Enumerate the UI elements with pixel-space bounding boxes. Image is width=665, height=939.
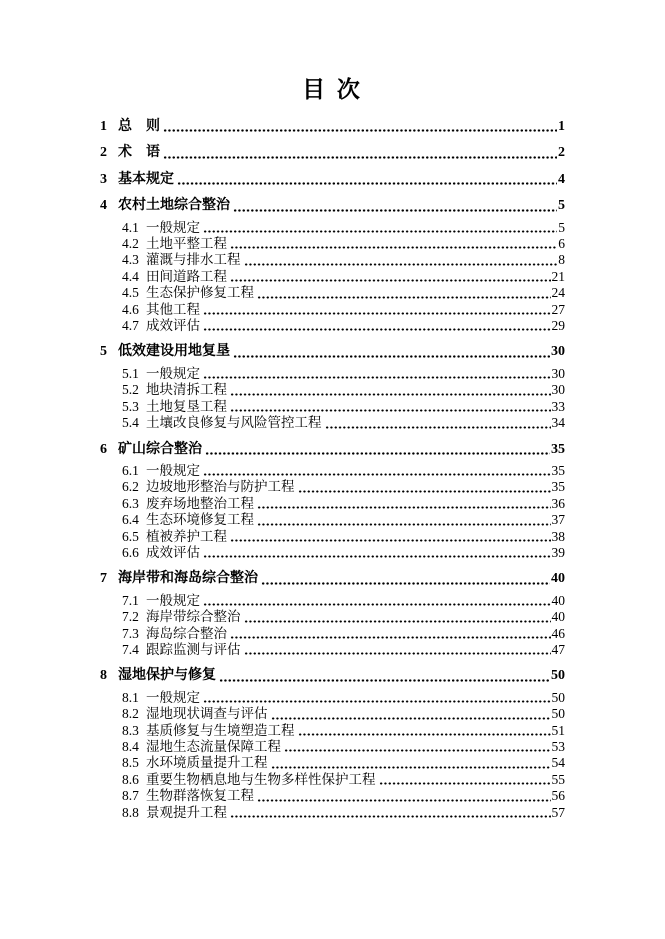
entry-label: 其他工程 [146,302,200,318]
dot-leader [233,355,550,358]
dot-leader [203,473,551,476]
entry-page-number: 36 [552,496,566,512]
entry-label: 成效评估 [146,545,200,561]
entry-page-number: 24 [552,285,566,301]
entry-number: 6.6 [122,545,146,561]
entry-page-number: 5 [558,220,565,236]
entry-label: 成效评估 [146,318,200,334]
entry-page-number: 37 [552,512,566,528]
entry-page-number: 40 [552,593,566,609]
toc-entry: 4.2土地平整工程6 [100,236,565,252]
toc-entry: 8.2湿地现状调查与评估50 [100,706,565,722]
entry-label: 灌溉与排水工程 [146,252,241,268]
toc-entry: 7.1一般规定40 [100,593,565,609]
entry-label: 土壤改良修复与风险管控工程 [146,415,322,431]
dot-leader [163,156,557,159]
dot-leader [205,452,550,455]
entry-label: 术 语 [118,145,160,161]
entry-number: 7.3 [122,626,146,642]
dot-leader [257,523,551,526]
entry-page-number: 38 [552,529,566,545]
toc-entry: 5.4土壤改良修复与风险管控工程34 [100,415,565,431]
entry-number: 7.1 [122,593,146,609]
entry-label: 生态环境修复工程 [146,512,254,528]
entry-page-number: 51 [552,723,566,739]
entry-number: 5.1 [122,366,146,382]
entry-page-number: 50 [552,706,566,722]
document-page: 目 次 1总 则12术 语23基本规定44农村土地综合整治54.1一般规定54.… [0,0,665,939]
entry-label: 海岸带综合整治 [146,609,241,625]
entry-page-number: 1 [558,119,565,135]
dot-leader [325,426,551,429]
entry-label: 田间道路工程 [146,269,227,285]
entry-label: 基质修复与生境塑造工程 [146,723,295,739]
entry-number: 4.5 [122,285,146,301]
dot-leader [230,539,551,542]
toc-entry: 5.1一般规定30 [100,366,565,382]
toc-entry: 4.1一般规定5 [100,220,565,236]
toc-entry: 6.1一般规定35 [100,463,565,479]
entry-page-number: 30 [552,382,566,398]
entry-label: 地块清拆工程 [146,382,227,398]
toc-entry: 6.4生态环境修复工程37 [100,512,565,528]
entry-number: 4.1 [122,220,146,236]
entry-number: 2 [100,145,118,161]
toc-entry: 4.7成效评估29 [100,318,565,334]
entry-page-number: 57 [552,805,566,821]
toc-list: 1总 则12术 语23基本规定44农村土地综合整治54.1一般规定54.2土地平… [100,119,565,821]
dot-leader [230,279,551,282]
dot-leader [298,490,551,493]
dot-leader [284,749,551,752]
toc-entry: 8.1一般规定50 [100,690,565,706]
entry-page-number: 21 [552,269,566,285]
entry-label: 农村土地综合整治 [118,198,230,214]
entry-label: 重要生物栖息地与生物多样性保护工程 [146,772,376,788]
toc-entry: 4.3灌溉与排水工程8 [100,252,565,268]
entry-page-number: 30 [552,366,566,382]
toc-entry: 7.4跟踪监测与评估47 [100,642,565,658]
dot-leader [244,652,551,655]
dot-leader [379,782,551,785]
entry-page-number: 53 [552,739,566,755]
dot-leader [298,733,551,736]
entry-page-number: 40 [551,571,565,587]
toc-entry: 7.3海岛综合整治46 [100,626,565,642]
toc-entry: 5.3土地复垦工程33 [100,399,565,415]
entry-page-number: 33 [552,399,566,415]
entry-label: 植被养护工程 [146,529,227,545]
toc-entry: 3基本规定4 [100,172,565,188]
dot-leader [203,328,551,331]
dot-leader [261,582,550,585]
dot-leader [163,129,557,132]
entry-label: 一般规定 [146,220,200,236]
entry-label: 总 则 [118,119,160,135]
dot-leader [271,717,551,720]
entry-label: 低效建设用地复垦 [118,344,230,360]
dot-leader [230,393,551,396]
entry-number: 4.4 [122,269,146,285]
entry-page-number: 6 [558,236,565,252]
entry-label: 一般规定 [146,690,200,706]
dot-leader [257,296,551,299]
entry-label: 湿地保护与修复 [118,668,216,684]
dot-leader [203,376,551,379]
entry-number: 4.6 [122,302,146,318]
toc-entry: 6.6成效评估39 [100,545,565,561]
entry-page-number: 55 [552,772,566,788]
entry-label: 土地平整工程 [146,236,227,252]
toc-entry: 8.6重要生物栖息地与生物多样性保护工程55 [100,772,565,788]
entry-number: 8.8 [122,805,146,821]
entry-number: 8.1 [122,690,146,706]
entry-page-number: 54 [552,755,566,771]
entry-number: 7 [100,571,118,587]
dot-leader [257,506,551,509]
dot-leader [244,620,551,623]
entry-number: 6.2 [122,479,146,495]
entry-page-number: 30 [551,344,565,360]
entry-label: 废弃场地整治工程 [146,496,254,512]
toc-entry: 4.5生态保护修复工程24 [100,285,565,301]
entry-number: 8.3 [122,723,146,739]
entry-page-number: 39 [552,545,566,561]
entry-number: 8.5 [122,755,146,771]
entry-label: 跟踪监测与评估 [146,642,241,658]
entry-number: 6 [100,442,118,458]
toc-entry: 8.4湿地生态流量保障工程53 [100,739,565,755]
toc-entry: 8.3基质修复与生境塑造工程51 [100,723,565,739]
dot-leader [203,603,551,606]
entry-number: 7.4 [122,642,146,658]
dot-leader [230,815,551,818]
entry-label: 边坡地形整治与防护工程 [146,479,295,495]
dot-leader [177,182,557,185]
entry-page-number: 35 [551,442,565,458]
entry-page-number: 27 [552,302,566,318]
entry-number: 8.2 [122,706,146,722]
toc-entry: 6矿山综合整治35 [100,442,565,458]
toc-entry: 8.8景观提升工程57 [100,805,565,821]
entry-label: 湿地现状调查与评估 [146,706,268,722]
entry-number: 4.2 [122,236,146,252]
entry-label: 一般规定 [146,593,200,609]
entry-number: 6.3 [122,496,146,512]
entry-page-number: 29 [552,318,566,334]
entry-page-number: 34 [552,415,566,431]
dot-leader [257,799,551,802]
entry-page-number: 40 [552,609,566,625]
entry-label: 基本规定 [118,172,174,188]
entry-page-number: 2 [558,145,565,161]
entry-number: 8.7 [122,788,146,804]
dot-leader [230,636,551,639]
entry-label: 景观提升工程 [146,805,227,821]
entry-label: 矿山综合整治 [118,442,202,458]
dot-leader [219,679,550,682]
entry-number: 6.1 [122,463,146,479]
entry-number: 1 [100,119,118,135]
entry-number: 6.5 [122,529,146,545]
entry-label: 海岸带和海岛综合整治 [118,571,258,587]
entry-page-number: 50 [552,690,566,706]
entry-number: 8.6 [122,772,146,788]
entry-number: 5.4 [122,415,146,431]
entry-number: 4.3 [122,252,146,268]
entry-page-number: 47 [552,642,566,658]
dot-leader [230,409,551,412]
entry-label: 一般规定 [146,366,200,382]
toc-entry: 4.4田间道路工程21 [100,269,565,285]
entry-label: 土地复垦工程 [146,399,227,415]
toc-entry: 7.2海岸带综合整治40 [100,609,565,625]
toc-entry: 1总 则1 [100,119,565,135]
entry-page-number: 4 [558,172,565,188]
toc-entry: 8.5水环境质量提升工程54 [100,755,565,771]
dot-leader [233,209,557,212]
dot-leader [203,312,551,315]
entry-number: 4 [100,198,118,214]
toc-entry: 5.2地块清拆工程30 [100,382,565,398]
entry-number: 6.4 [122,512,146,528]
entry-number: 5 [100,344,118,360]
dot-leader [230,246,557,249]
entry-number: 3 [100,172,118,188]
toc-entry: 4农村土地综合整治5 [100,198,565,214]
page-title: 目 次 [100,76,565,103]
entry-page-number: 35 [552,479,566,495]
toc-entry: 8湿地保护与修复50 [100,668,565,684]
entry-label: 湿地生态流量保障工程 [146,739,281,755]
entry-number: 7.2 [122,609,146,625]
toc-entry: 2术 语2 [100,145,565,161]
dot-leader [203,230,557,233]
dot-leader [203,555,551,558]
entry-label: 生态保护修复工程 [146,285,254,301]
entry-number: 4.7 [122,318,146,334]
toc-entry: 6.2边坡地形整治与防护工程35 [100,479,565,495]
dot-leader [244,263,558,266]
dot-leader [271,766,551,769]
dot-leader [203,700,551,703]
entry-page-number: 56 [552,788,566,804]
entry-label: 海岛综合整治 [146,626,227,642]
toc-entry: 5低效建设用地复垦30 [100,344,565,360]
entry-page-number: 50 [551,668,565,684]
entry-page-number: 46 [552,626,566,642]
entry-label: 一般规定 [146,463,200,479]
entry-page-number: 35 [552,463,566,479]
toc-entry: 6.5植被养护工程38 [100,529,565,545]
toc-entry: 4.6其他工程27 [100,302,565,318]
entry-page-number: 5 [558,198,565,214]
entry-number: 5.2 [122,382,146,398]
entry-page-number: 8 [558,252,565,268]
entry-label: 生物群落恢复工程 [146,788,254,804]
toc-entry: 6.3废弃场地整治工程36 [100,496,565,512]
toc-entry: 7海岸带和海岛综合整治40 [100,571,565,587]
toc-entry: 8.7生物群落恢复工程56 [100,788,565,804]
entry-label: 水环境质量提升工程 [146,755,268,771]
entry-number: 5.3 [122,399,146,415]
entry-number: 8 [100,668,118,684]
entry-number: 8.4 [122,739,146,755]
